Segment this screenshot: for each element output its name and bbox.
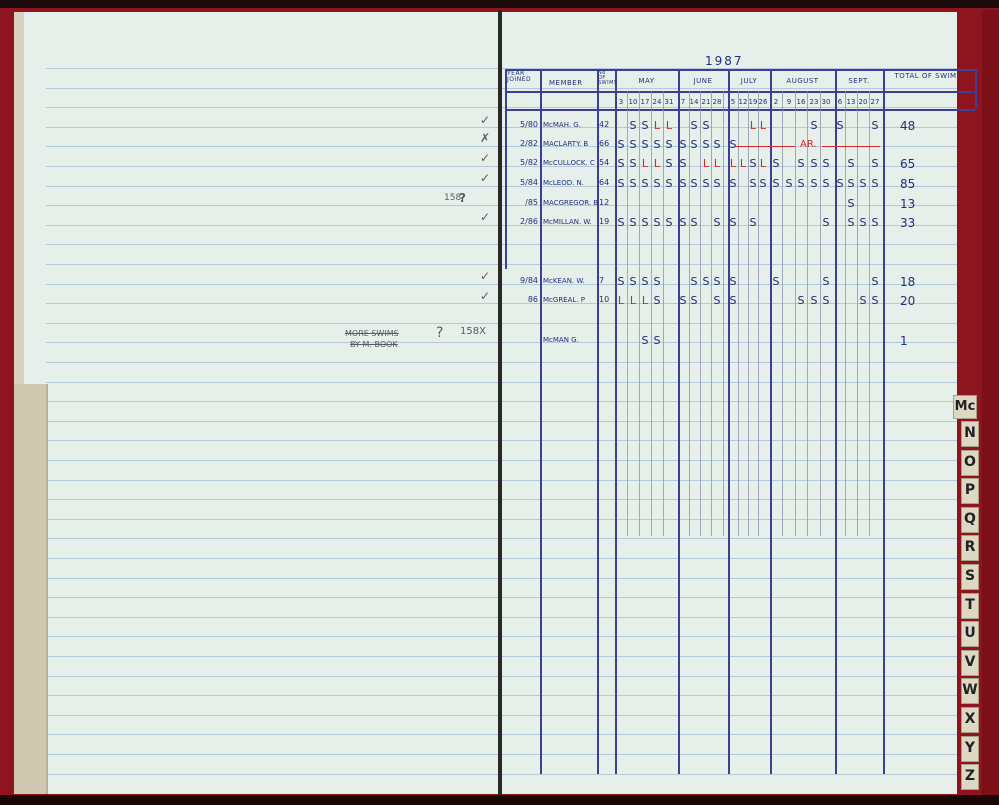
swim-mark: S: [642, 217, 649, 228]
swim-mark: S: [642, 276, 649, 287]
absent-line-right: [822, 146, 880, 147]
swim-mark: S: [630, 158, 637, 169]
date-divider: [807, 91, 808, 536]
ruled-line: [46, 734, 498, 735]
column-divider: [540, 69, 542, 774]
date-header: 19: [749, 99, 758, 106]
ruled-line: [502, 460, 957, 461]
date-header: 28: [713, 99, 722, 106]
date-header: 5: [731, 99, 735, 106]
date-divider: [782, 91, 783, 536]
date-divider: [639, 91, 640, 536]
date-divider: [689, 91, 690, 536]
swim-mark: S: [618, 217, 625, 228]
date-divider: [700, 91, 701, 536]
column-divider: [770, 69, 772, 774]
swim-mark: S: [666, 178, 673, 189]
ruled-line: [502, 499, 957, 500]
swim-mark: S: [654, 276, 661, 287]
row-swim-count: 64: [599, 179, 609, 187]
row-year-joined: 9/84: [508, 277, 538, 285]
ruled-line: [502, 715, 957, 716]
row-total-swims: 20: [900, 295, 915, 307]
date-header: 23: [810, 99, 819, 106]
ruled-line: [46, 636, 498, 637]
swim-mark: S: [730, 217, 737, 228]
column-divider: [975, 69, 977, 109]
ruled-line: [46, 460, 498, 461]
swim-mark: S: [823, 178, 830, 189]
row-member-name: MACLARTY. B: [543, 141, 588, 148]
check-mark: ✓: [480, 290, 490, 302]
ruled-line: [46, 146, 498, 147]
swim-mark: S: [680, 295, 687, 306]
ruled-line: [46, 244, 498, 245]
row-member-name: McMAH. G.: [543, 122, 581, 129]
swim-mark: S: [750, 178, 757, 189]
row-year-joined: 5/80: [508, 121, 538, 129]
column-divider: [615, 69, 617, 774]
check-mark: ✓: [480, 114, 490, 126]
date-header: 26: [759, 99, 768, 106]
swim-mark: S: [837, 120, 844, 131]
ruled-line: [502, 617, 957, 618]
row-swim-count: 12: [599, 199, 609, 207]
date-divider: [869, 91, 870, 536]
column-divider: [835, 69, 837, 774]
date-header: 27: [871, 99, 880, 106]
row-year-joined: 86: [508, 296, 538, 304]
row-total-swims: 13: [900, 198, 915, 210]
header-year-joined: YEAR JOINED: [507, 71, 539, 83]
cover-right-edge: [982, 10, 999, 795]
row-member-name: McKEAN. W.: [543, 278, 585, 285]
swim-mark: S: [630, 276, 637, 287]
swim-mark: S: [666, 139, 673, 150]
swim-mark: S: [872, 178, 879, 189]
index-tab-w[interactable]: W: [961, 678, 979, 704]
header-top-line: [505, 69, 975, 71]
swim-mark: S: [750, 217, 757, 228]
column-divider: [728, 69, 730, 774]
header-total-swims: TOTAL OF SWIMS: [888, 73, 968, 80]
swim-mark: S: [730, 276, 737, 287]
row-member-name: McCULLOCK. C: [543, 160, 595, 167]
date-header: 20: [859, 99, 868, 106]
month-header-july: JULY: [728, 78, 770, 85]
swim-mark: S: [691, 178, 698, 189]
page-edge-stack: [14, 384, 48, 794]
swim-mark: S: [642, 139, 649, 150]
swim-mark: S: [703, 120, 710, 131]
date-divider: [663, 91, 664, 536]
swim-mark: S: [811, 158, 818, 169]
swim-mark: S: [798, 178, 805, 189]
row-year-joined: 2/82: [508, 140, 538, 148]
date-divider: [627, 91, 628, 536]
swim-mark: S: [618, 276, 625, 287]
swim-mark: S: [654, 295, 661, 306]
ruled-line: [502, 519, 957, 520]
ruled-line: [502, 382, 957, 383]
ruled-line: [502, 695, 957, 696]
month-header-sept.: SEPT.: [835, 78, 883, 85]
swim-mark: S: [730, 295, 737, 306]
absent-note: AR.: [800, 140, 817, 150]
swim-mark: S: [714, 178, 721, 189]
swim-mark: S: [691, 217, 698, 228]
date-divider: [820, 91, 821, 536]
ruled-line: [46, 519, 498, 520]
ruled-line: [46, 264, 498, 265]
swim-mark: S: [773, 158, 780, 169]
ruled-line: [46, 617, 498, 618]
ruled-line: [46, 127, 498, 128]
swim-mark: S: [750, 158, 757, 169]
swim-mark: S: [666, 217, 673, 228]
check-mark: ✓: [480, 172, 490, 184]
ruled-line: [46, 186, 498, 187]
swim-mark: S: [798, 295, 805, 306]
late-mark: L: [642, 158, 648, 169]
cross-mark: ✗: [480, 132, 490, 144]
swim-mark: S: [666, 158, 673, 169]
left-page: [16, 12, 498, 794]
ruled-line: [502, 656, 957, 657]
swim-mark: S: [860, 178, 867, 189]
date-divider: [758, 91, 759, 536]
row-member-name: McMAN G.: [543, 337, 579, 344]
date-divider: [723, 91, 724, 536]
book-spine: [498, 10, 502, 795]
right-page: [502, 12, 957, 794]
row-total-swims: 48: [900, 120, 915, 132]
ruled-line: [502, 774, 957, 775]
date-header: 9: [787, 99, 791, 106]
ruled-line: [46, 695, 498, 696]
question-mark: ?: [459, 192, 466, 204]
row-swim-count: 66: [599, 140, 609, 148]
date-header: 2: [774, 99, 778, 106]
ruled-line: [502, 597, 957, 598]
struck-note-2: BY M. BOOK: [350, 341, 398, 349]
row-member-name: McMILLAN. W.: [543, 219, 592, 226]
swim-mark: S: [773, 276, 780, 287]
ruled-line: [502, 480, 957, 481]
swim-mark: S: [823, 276, 830, 287]
late-mark: L: [630, 295, 636, 306]
ruled-line: [502, 264, 957, 265]
row-swim-count: 54: [599, 159, 609, 167]
late-mark: L: [654, 120, 660, 131]
swim-mark: S: [848, 178, 855, 189]
ruled-line: [46, 578, 498, 579]
ruled-line: [46, 382, 498, 383]
swim-mark: S: [691, 139, 698, 150]
ruled-line: [46, 656, 498, 657]
index-tab-t[interactable]: T: [961, 593, 979, 619]
ruled-line: [502, 676, 957, 677]
late-mark: L: [703, 158, 709, 169]
ruled-line: [502, 88, 957, 89]
row-total-swims: 18: [900, 276, 915, 288]
row-member-name: MACGREGOR. B: [543, 200, 598, 207]
swim-mark: S: [642, 178, 649, 189]
swim-mark: S: [654, 139, 661, 150]
row-year-joined: /85: [508, 199, 538, 207]
late-mark: L: [760, 158, 766, 169]
swim-mark: S: [872, 158, 879, 169]
ruled-line: [46, 421, 498, 422]
ruled-line: [46, 558, 498, 559]
index-tab-v[interactable]: V: [961, 650, 979, 676]
ruled-line: [46, 440, 498, 441]
swim-mark: S: [642, 120, 649, 131]
swim-mark: S: [714, 295, 721, 306]
ruled-line: [46, 107, 498, 108]
header-member: MEMBER: [549, 80, 583, 87]
ruled-line: [46, 597, 498, 598]
cover-top-edge: [0, 0, 999, 8]
row-member-name: McGREAL. P: [543, 297, 585, 304]
late-mark: L: [666, 120, 672, 131]
ruled-line: [502, 636, 957, 637]
swim-mark: S: [848, 217, 855, 228]
swim-mark: S: [680, 178, 687, 189]
late-mark: L: [654, 158, 660, 169]
swim-mark: S: [786, 178, 793, 189]
ruled-line: [46, 401, 498, 402]
ruled-line: [46, 480, 498, 481]
swim-mark: S: [703, 139, 710, 150]
swim-mark: S: [872, 217, 879, 228]
swim-mark: S: [811, 178, 818, 189]
month-header-june: JUNE: [678, 78, 728, 85]
index-tab-x[interactable]: X: [961, 707, 979, 733]
late-mark: L: [618, 295, 624, 306]
swim-mark: S: [823, 158, 830, 169]
date-header: 13: [847, 99, 856, 106]
swim-mark: S: [691, 276, 698, 287]
ruled-line: [46, 68, 498, 69]
swim-mark: S: [642, 335, 649, 346]
swim-mark: S: [811, 295, 818, 306]
swim-mark: S: [618, 139, 625, 150]
row-total-swims: 33: [900, 217, 915, 229]
index-tab-p[interactable]: P: [961, 478, 979, 504]
swim-mark: S: [618, 178, 625, 189]
row-total-swims: 1: [900, 335, 908, 347]
check-mark: ✓: [480, 270, 490, 282]
check-mark: ✓: [480, 152, 490, 164]
swim-mark: S: [654, 178, 661, 189]
swim-mark: S: [860, 217, 867, 228]
index-tab-o[interactable]: O: [961, 450, 979, 476]
ruled-line: [46, 538, 498, 539]
late-mark: L: [730, 158, 736, 169]
swim-mark: S: [730, 178, 737, 189]
header-no-of-swims: No OF SWIMS: [598, 71, 615, 86]
ruled-line: [46, 205, 498, 206]
column-divider: [883, 69, 885, 774]
date-divider: [711, 91, 712, 536]
ruled-line: [502, 754, 957, 755]
row-total-swims: 85: [900, 178, 915, 190]
column-divider: [678, 69, 680, 774]
ruled-line: [46, 362, 498, 363]
swim-mark: S: [872, 276, 879, 287]
swim-mark: S: [773, 178, 780, 189]
date-divider: [651, 91, 652, 536]
swim-mark: S: [848, 158, 855, 169]
swim-mark: S: [630, 120, 637, 131]
date-header: 12: [739, 99, 748, 106]
swim-mark: S: [680, 139, 687, 150]
index-tab-s[interactable]: S: [961, 564, 979, 590]
date-divider: [738, 91, 739, 536]
struck-note-1: MORE SWIMS: [345, 330, 399, 338]
ledger-year: 1987: [705, 55, 744, 67]
swim-mark: S: [872, 120, 879, 131]
row-swim-count: 42: [599, 121, 609, 129]
date-header: 14: [690, 99, 699, 106]
date-divider: [795, 91, 796, 536]
swim-mark: S: [714, 139, 721, 150]
swim-mark: S: [680, 158, 687, 169]
cover-bottom-edge: [0, 795, 999, 805]
ruled-line: [46, 676, 498, 677]
ruled-line: [46, 303, 498, 304]
swim-mark: S: [630, 178, 637, 189]
swim-mark: S: [630, 139, 637, 150]
swim-mark: S: [760, 178, 767, 189]
ruled-line: [502, 401, 957, 402]
date-header: 7: [681, 99, 685, 106]
index-tab-u[interactable]: U: [961, 621, 979, 647]
ruled-line: [502, 244, 957, 245]
index-tab-r[interactable]: R: [961, 535, 979, 561]
ruled-line: [46, 774, 498, 775]
swim-mark: S: [703, 276, 710, 287]
date-divider: [857, 91, 858, 536]
swim-mark: S: [823, 217, 830, 228]
ruled-line: [502, 578, 957, 579]
ruled-line: [46, 166, 498, 167]
swim-mark: S: [654, 217, 661, 228]
swim-mark: S: [837, 178, 844, 189]
swim-mark: S: [714, 276, 721, 287]
swim-mark: S: [823, 295, 830, 306]
column-divider: [597, 69, 599, 774]
date-header: 21: [702, 99, 711, 106]
check-mark: ✓: [480, 211, 490, 223]
ruled-line: [502, 440, 957, 441]
swim-mark: S: [798, 158, 805, 169]
late-mark: L: [740, 158, 746, 169]
ruled-line: [46, 715, 498, 716]
swim-mark: S: [618, 158, 625, 169]
ruled-line: [46, 88, 498, 89]
index-tab-q[interactable]: Q: [961, 507, 979, 533]
swim-mark: S: [691, 295, 698, 306]
late-mark: L: [642, 295, 648, 306]
header-bottom-line: [505, 109, 975, 111]
ruled-line: [502, 421, 957, 422]
swim-mark: S: [703, 178, 710, 189]
question-mark-bottom: ?: [436, 326, 443, 340]
row-year-joined: 5/82: [508, 159, 538, 167]
late-mark: L: [714, 158, 720, 169]
ruled-line: [46, 499, 498, 500]
date-header: 6: [838, 99, 842, 106]
ruled-line: [46, 284, 498, 285]
column-divider: [505, 69, 507, 269]
late-mark: L: [760, 120, 766, 131]
ruled-line: [46, 225, 498, 226]
swim-mark: S: [872, 295, 879, 306]
ruled-line: [46, 342, 498, 343]
row-member-name: McLEOD. N.: [543, 180, 584, 187]
date-header: 3: [619, 99, 623, 106]
index-tab-z[interactable]: Z: [961, 764, 979, 790]
swim-mark: S: [691, 120, 698, 131]
date-divider: [845, 91, 846, 536]
date-header: 16: [797, 99, 806, 106]
row-swim-count: 7: [599, 277, 604, 285]
date-header: 17: [641, 99, 650, 106]
note-158x: 158X: [460, 327, 486, 337]
ruled-line: [502, 734, 957, 735]
date-header: 31: [665, 99, 674, 106]
month-header-august: AUGUST: [770, 78, 835, 85]
ruled-line: [502, 323, 957, 324]
swim-mark: S: [860, 295, 867, 306]
date-header: 10: [629, 99, 638, 106]
ruled-line: [502, 558, 957, 559]
index-tab-n[interactable]: N: [961, 421, 979, 447]
ruled-line: [502, 538, 957, 539]
swim-mark: S: [630, 217, 637, 228]
absent-line-left: [735, 146, 795, 147]
late-mark: L: [750, 120, 756, 131]
index-tab-mc[interactable]: Mc: [953, 395, 977, 419]
row-swim-count: 10: [599, 296, 609, 304]
row-year-joined: 2/86: [508, 218, 538, 226]
ruled-line: [502, 362, 957, 363]
swim-mark: S: [654, 335, 661, 346]
swim-mark: S: [730, 139, 737, 150]
swim-mark: S: [848, 198, 855, 209]
date-header: 24: [653, 99, 662, 106]
index-tab-y[interactable]: Y: [961, 736, 979, 762]
ruled-line: [46, 754, 498, 755]
row-year-joined: 5/84: [508, 179, 538, 187]
ruled-line: [46, 323, 498, 324]
page-edge-top: [14, 12, 24, 384]
swim-mark: S: [714, 217, 721, 228]
row-swim-count: 19: [599, 218, 609, 226]
month-header-may: MAY: [615, 78, 678, 85]
date-header: 30: [822, 99, 831, 106]
swim-mark: S: [811, 120, 818, 131]
header-mid-line: [505, 91, 975, 93]
row-total-swims: 65: [900, 158, 915, 170]
swim-mark: S: [680, 217, 687, 228]
